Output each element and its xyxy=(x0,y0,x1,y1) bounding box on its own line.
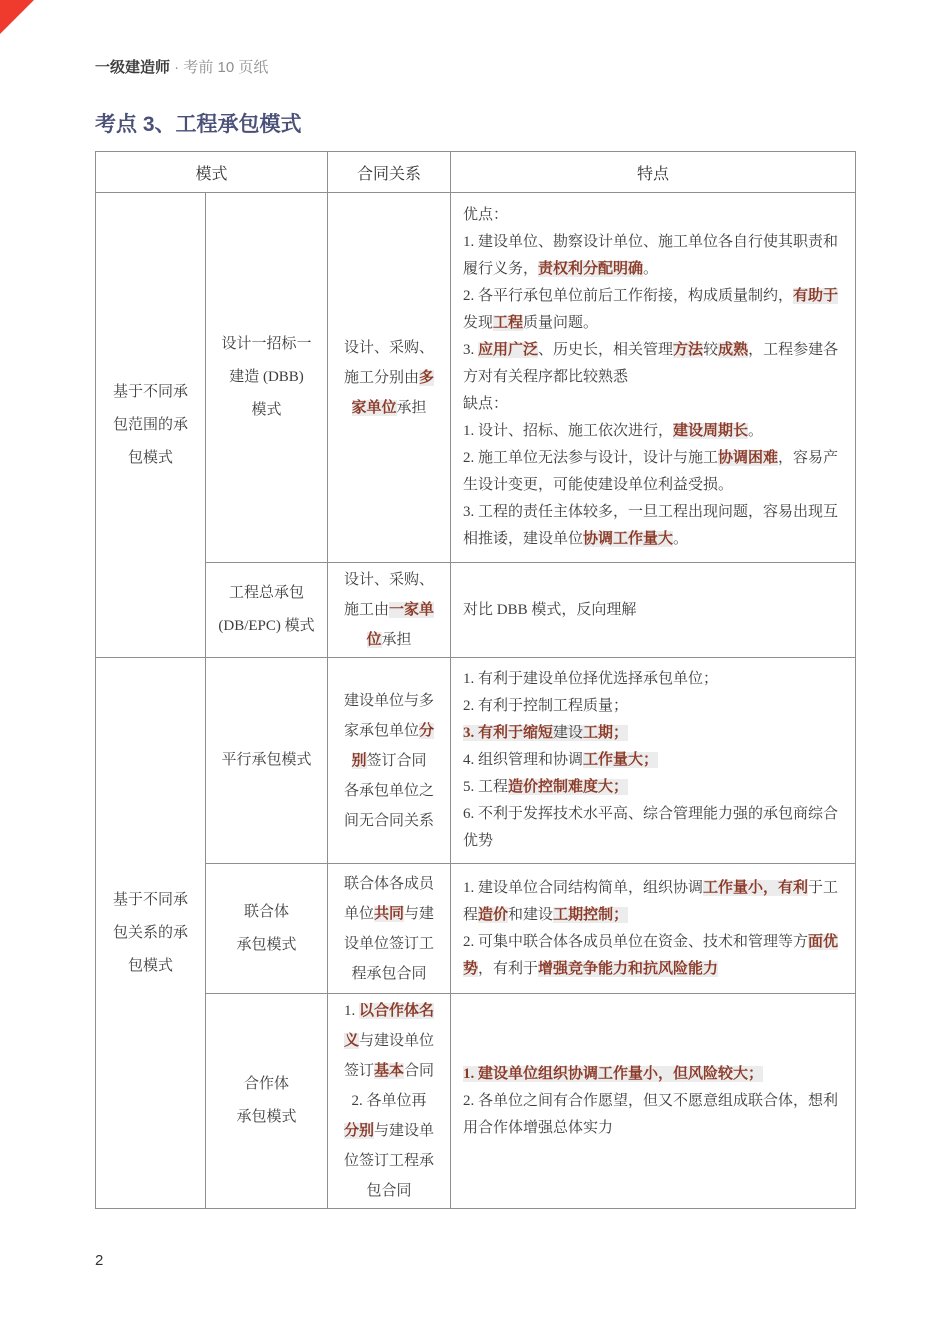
page-title: 考点 3、工程承包模式 xyxy=(95,108,302,138)
table-row-epc: 工程总承包 (DB/EPC) 模式 设计、采购、 施工由一家单 位承担 对比 D… xyxy=(96,563,856,658)
table-row-cooperative: 合作体 承包模式 1. 以合作体名 义与建设单位 签订基本合同 2. 各单位再 … xyxy=(96,994,856,1209)
table-row-parallel: 基于不同承 包关系的承 包模式 平行承包模式 建设单位与多 家承包单位分 别签订… xyxy=(96,658,856,864)
mode-cell-cooperative: 合作体 承包模式 xyxy=(206,994,328,1209)
mode-cell-parallel: 平行承包模式 xyxy=(206,658,328,864)
features-cell-parallel: 1. 有利于建设单位择优选择承包单位；2. 有利于控制工程质量；3. 有利于缩短… xyxy=(451,658,856,864)
contract-cell-dbb: 设计、采购、 施工分别由多 家单位承担 xyxy=(328,193,451,563)
brand-subtitle: · 考前 10 页纸 xyxy=(170,59,268,76)
category-cell-relation: 基于不同承 包关系的承 包模式 xyxy=(96,658,206,1209)
category-cell-scope: 基于不同承 包范围的承 包模式 xyxy=(96,193,206,658)
contract-cell-cooperative: 1. 以合作体名 义与建设单位 签订基本合同 2. 各单位再 分别与建设单 位签… xyxy=(328,994,451,1209)
table-header-row: 模式 合同关系 特点 xyxy=(96,152,856,193)
contract-cell-consortium: 联合体各成员 单位共同与建 设单位签订工 程承包合同 xyxy=(328,864,451,994)
header-features: 特点 xyxy=(451,152,856,193)
table-row-dbb: 基于不同承 包范围的承 包模式 设计一招标一 建造 (DBB) 模式 设计、采购… xyxy=(96,193,856,563)
mode-cell-epc: 工程总承包 (DB/EPC) 模式 xyxy=(206,563,328,658)
page-corner-fold xyxy=(0,0,34,34)
contract-cell-epc: 设计、采购、 施工由一家单 位承担 xyxy=(328,563,451,658)
contract-modes-table: 模式 合同关系 特点 基于不同承 包范围的承 包模式 设计一招标一 建造 (DB… xyxy=(95,151,856,1209)
header-mode: 模式 xyxy=(96,152,328,193)
features-cell-dbb: 优点：1. 建设单位、勘察设计单位、施工单位各自行使其职责和履行义务，责权利分配… xyxy=(451,193,856,563)
features-cell-consortium: 1. 建设单位合同结构简单，组织协调工作量小，有利于工程造价和建设工期控制；2.… xyxy=(451,864,856,994)
features-cell-cooperative: 1. 建设单位组织协调工作量小，但风险较大；2. 各单位之间有合作愿望，但又不愿… xyxy=(451,994,856,1209)
contract-cell-parallel: 建设单位与多 家承包单位分 别签订合同 各承包单位之 间无合同关系 xyxy=(328,658,451,864)
features-cell-epc: 对比 DBB 模式，反向理解 xyxy=(451,563,856,658)
document-header: 一级建造师 · 考前 10 页纸 xyxy=(95,56,268,77)
table-row-consortium: 联合体 承包模式 联合体各成员 单位共同与建 设单位签订工 程承包合同 1. 建… xyxy=(96,864,856,994)
header-contract: 合同关系 xyxy=(328,152,451,193)
page-number: 2 xyxy=(95,1252,103,1269)
mode-cell-dbb: 设计一招标一 建造 (DBB) 模式 xyxy=(206,193,328,563)
mode-cell-consortium: 联合体 承包模式 xyxy=(206,864,328,994)
brand-title: 一级建造师 xyxy=(95,59,170,76)
